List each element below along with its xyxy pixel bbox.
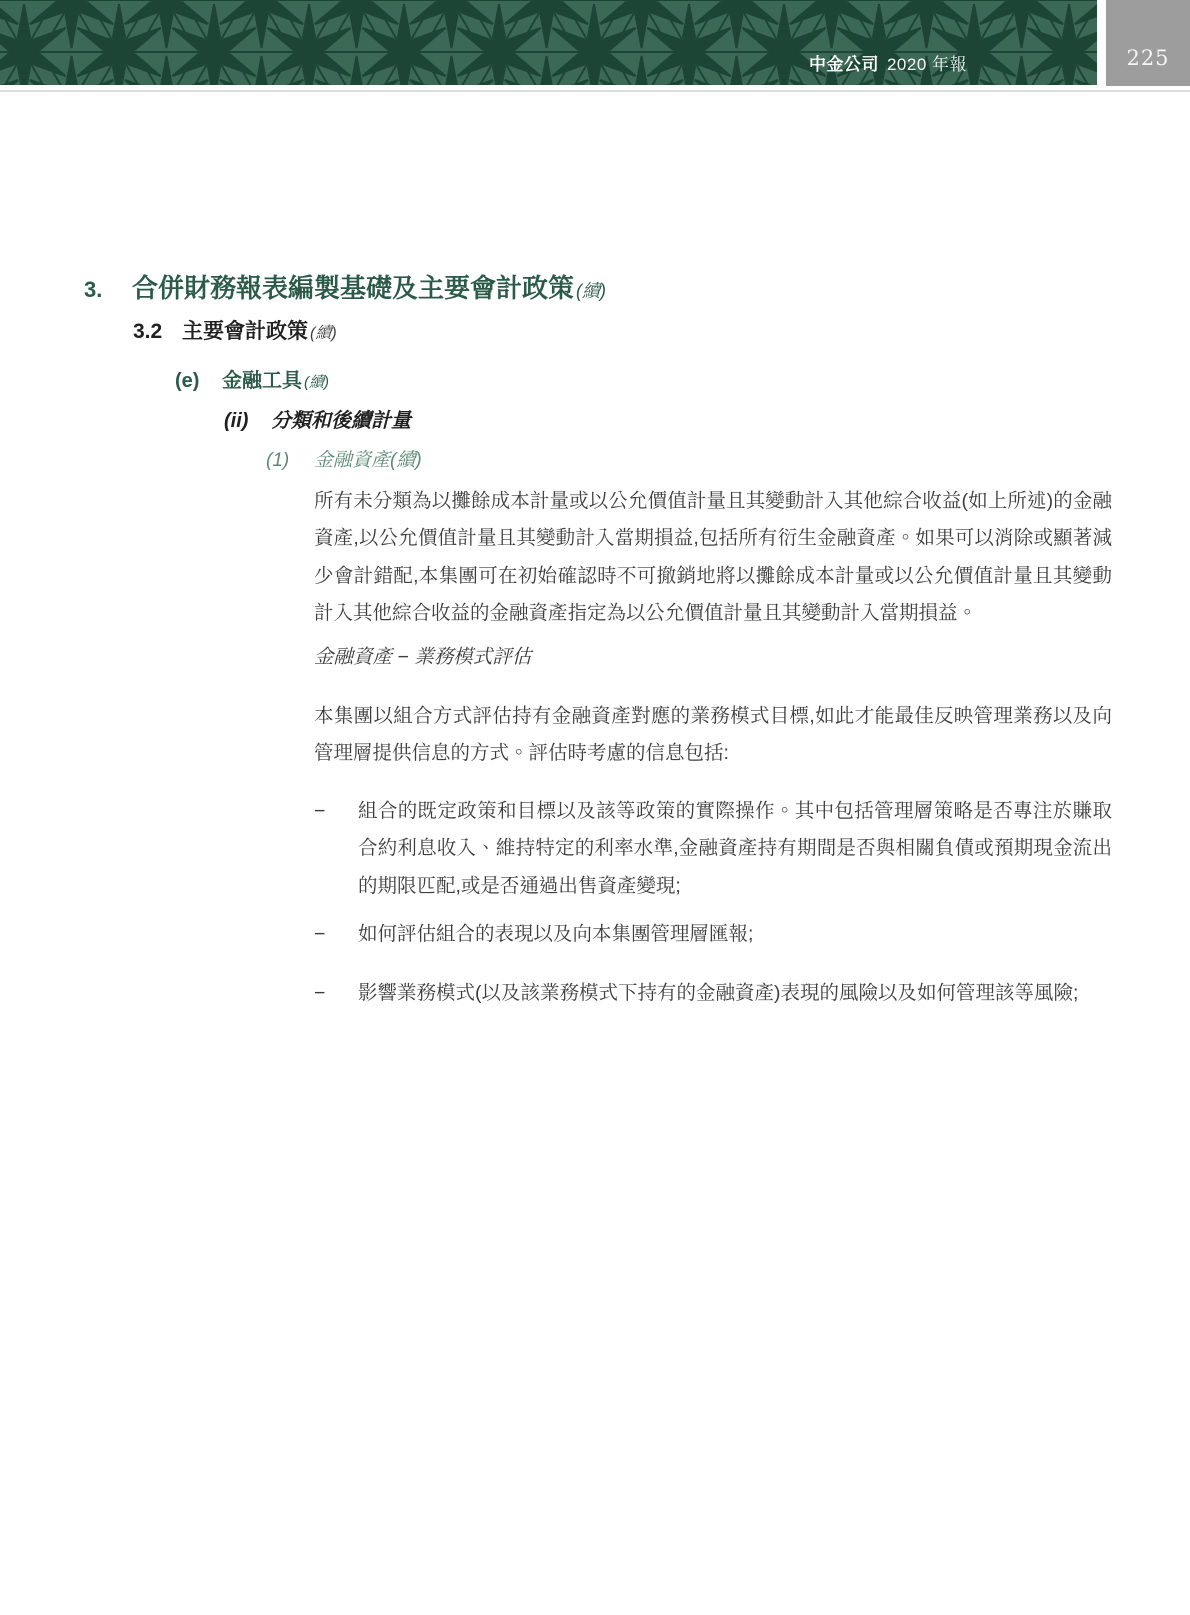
company-name: 中金公司 [809,55,879,74]
dash-bullet-icon: − [314,793,358,905]
dash-bullet-icon: − [314,916,358,953]
report-page: 中金公司2020 年報 225 3. 合併財務報表編製基礎及主要會計政策 (續)… [0,0,1190,1615]
header-band: 中金公司2020 年報 [0,0,1097,85]
page-number-box: 225 [1106,0,1190,86]
header-rule [0,90,1190,92]
list-item: − 組合的既定政策和目標以及該等政策的實際操作。其中包括管理層策略是否專注於賺取… [314,793,1112,905]
subsection-heading: 3.2 主要會計政策 (續) [133,315,337,345]
continued-label: (續) [304,371,329,392]
page-number: 225 [1126,46,1169,70]
continued-label: (續) [390,445,422,472]
section-number: 3. [84,277,132,303]
list-item-text: 如何評估組合的表現以及向本集團管理層匯報; [358,916,1112,953]
section-title: 合併財務報表編製基礎及主要會計政策 [132,268,574,305]
item-1-title: 金融資產 [314,445,390,472]
subsection-title: 主要會計政策 [182,315,308,345]
item-1-heading: (1) 金融資產 (續) [266,445,422,472]
report-year: 2020 年報 [887,55,967,74]
list-item: − 如何評估組合的表現以及向本集團管理層匯報; [314,916,1112,953]
subsection-number: 3.2 [133,320,182,344]
list-item-text: 影響業務模式(以及該業務模式下持有的金融資產)表現的風險以及如何管理該等風險; [358,975,1112,1012]
item-ii-title: 分類和後續計量 [271,404,411,433]
item-e-title: 金融工具 [222,364,302,393]
business-model-subheading: 金融資產 − 業務模式評估 [314,641,531,669]
item-ii-heading: (ii) 分類和後續計量 [224,404,411,433]
item-e-number: (e) [175,370,222,393]
item-e-heading: (e) 金融工具 (續) [175,364,329,393]
item-1-number: (1) [266,450,314,472]
paragraph-business-model: 本集團以組合方式評估持有金融資產對應的業務模式目標,如此才能最佳反映管理業務以及… [314,698,1112,773]
section-heading: 3. 合併財務報表編製基礎及主要會計政策 (續) [84,268,606,305]
paragraph-financial-assets: 所有未分類為以攤餘成本計量或以公允價值計量且其變動計入其他綜合收益(如上所述)的… [314,483,1112,633]
dash-bullet-icon: − [314,975,358,1012]
continued-label: (續) [576,277,606,303]
item-ii-number: (ii) [224,410,271,433]
continued-label: (續) [310,320,337,343]
report-title: 中金公司2020 年報 [809,50,967,75]
list-item-text: 組合的既定政策和目標以及該等政策的實際操作。其中包括管理層策略是否專注於賺取合約… [358,793,1112,905]
list-item: − 影響業務模式(以及該業務模式下持有的金融資產)表現的風險以及如何管理該等風險… [314,975,1112,1012]
